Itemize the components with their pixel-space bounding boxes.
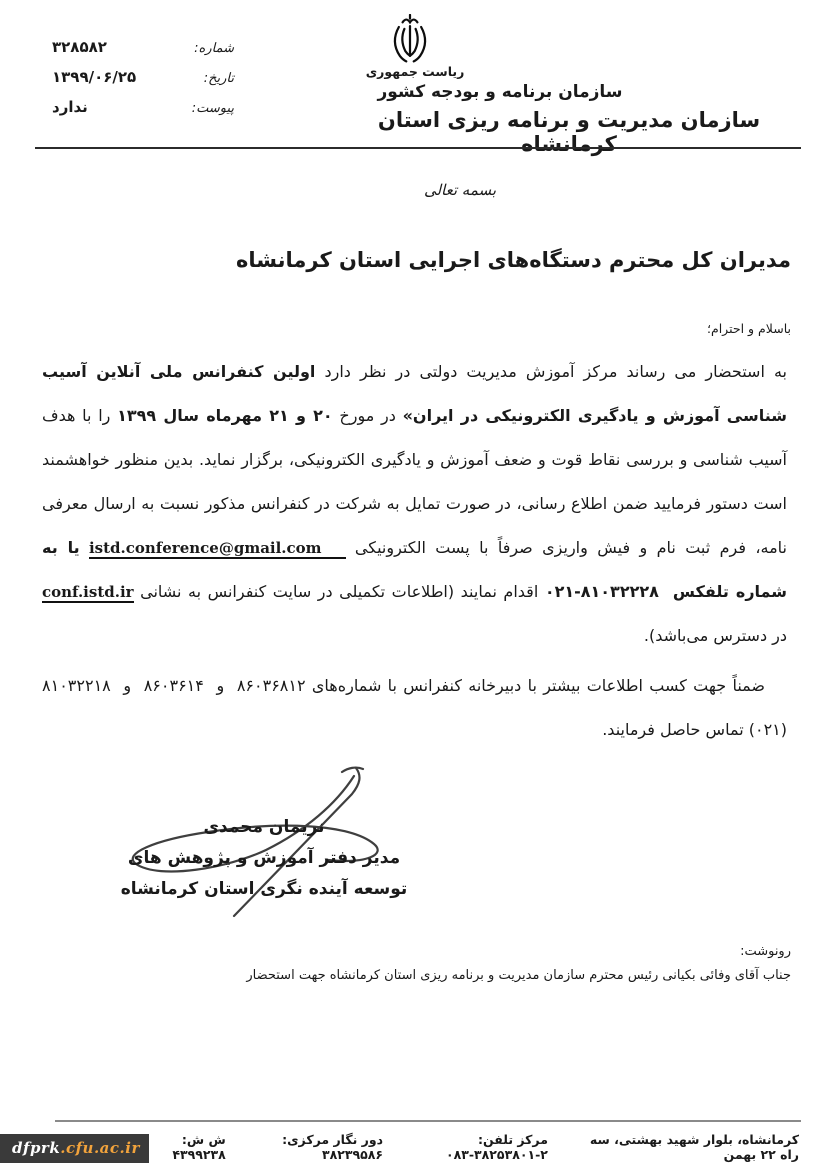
attachment-label: پیوست: xyxy=(192,101,234,116)
conference-site-link[interactable]: conf.istd.ir xyxy=(42,583,134,603)
letter-page: شماره: ۳۲۸۵۸۲ تاریخ: ۱۳۹۹/۰۶/۲۵ پیوست: ن… xyxy=(0,0,827,1169)
footer-fax-label: دور نگار مرکزی: xyxy=(282,1132,383,1147)
watermark-domain: .cfu.ac.ir xyxy=(60,1139,140,1157)
iran-emblem-icon xyxy=(388,14,432,66)
org-plan-budget: سازمان برنامه و بودجه کشور xyxy=(340,82,660,102)
cc-line: جناب آقای وفائی بکیانی رئیس محترم سازمان… xyxy=(40,964,791,988)
signer-name: نریمان محمدی xyxy=(88,812,440,843)
org-presidency: ریاست جمهوری xyxy=(355,64,475,79)
attachment-value: ندارد xyxy=(52,98,88,116)
salutation-line: باسلام و احترام؛ xyxy=(707,321,791,336)
date-label: تاریخ: xyxy=(204,71,234,86)
p1-text-4 xyxy=(80,538,89,557)
footer-divider xyxy=(55,1120,801,1122)
paragraph-2: ضمناً جهت کسب اطلاعات بیشتر با دبیرخانه … xyxy=(42,664,787,752)
signature-block: نریمان محمدی مدیر دفتر آموزش و پژوهش های… xyxy=(88,812,440,905)
besmellah: بسمه تعالی xyxy=(400,181,520,199)
signer-title-line2: توسعه آینده نگری استان کرمانشاه xyxy=(88,874,440,905)
watermark-prefix: dfprk xyxy=(12,1139,60,1157)
conference-dates: ۲۰ و ۲۱ مهرماه سال ۱۳۹۹ xyxy=(117,406,333,425)
header-divider xyxy=(35,147,801,149)
meta-row-date: تاریخ: ۱۳۹۹/۰۶/۲۵ xyxy=(38,68,234,86)
footer-phone-label: مرکز تلفن: xyxy=(478,1132,548,1147)
footer-serial-label: ش ش: xyxy=(182,1132,226,1147)
footer-phone-value: ۲-۳۸۲۵۳۸۰۱-۰۸۳ xyxy=(446,1147,548,1162)
meta-row-number: شماره: ۳۲۸۵۸۲ xyxy=(38,38,234,56)
p1-text-3: را با هدف آسیب شناسی و بررسی نقاط قوت و … xyxy=(42,406,787,557)
footer-fax-value: ۳۸۲۳۹۵۸۶ xyxy=(322,1147,383,1162)
p1-text-2: در مورخ xyxy=(333,406,403,425)
number-value: ۳۲۸۵۸۲ xyxy=(52,38,107,56)
conference-email-link[interactable]: istd.conference@gmail.com xyxy=(89,539,346,559)
paragraph-1: به استحضار می رساند مرکز آموزش مدیریت دو… xyxy=(42,350,787,658)
letter-meta: شماره: ۳۲۸۵۸۲ تاریخ: ۱۳۹۹/۰۶/۲۵ پیوست: ن… xyxy=(38,38,234,128)
p1-text-1: به استحضار می رساند مرکز آموزش مدیریت دو… xyxy=(315,362,787,381)
cc-section: رونوشت: جناب آقای وفائی بکیانی رئیس محتر… xyxy=(40,940,791,988)
meta-row-attachment: پیوست: ندارد xyxy=(38,98,234,116)
date-value: ۱۳۹۹/۰۶/۲۵ xyxy=(52,68,136,86)
footer-address: کرمانشاه، بلوار شهید بهشتی، سه راه ۲۲ به… xyxy=(578,1132,799,1162)
letter-body: به استحضار می رساند مرکز آموزش مدیریت دو… xyxy=(42,350,787,752)
footer-serial-value: ۴۳۹۹۲۳۸ xyxy=(172,1147,225,1162)
footer-serial: ش ش: ۴۳۹۹۲۳۸ xyxy=(148,1132,226,1162)
p1-text-6: در دسترس می‌باشد). xyxy=(644,626,787,645)
footer-phone: مرکز تلفن: ۲-۳۸۲۵۳۸۰۱-۰۸۳ xyxy=(413,1132,548,1162)
number-label: شماره: xyxy=(194,41,234,56)
recipient-line: مدیران کل محترم دستگاه‌های اجرایی استان … xyxy=(236,248,791,272)
site-watermark-link[interactable]: dfprk.cfu.ac.ir xyxy=(0,1134,149,1163)
signer-title-line1: مدیر دفتر آموزش و پژوهش های xyxy=(88,843,440,874)
cc-label: رونوشت: xyxy=(40,940,791,964)
footer-fax: دور نگار مرکزی: ۳۸۲۳۹۵۸۶ xyxy=(256,1132,383,1162)
p1-text-5: اقدام نمایند (اطلاعات تکمیلی در سایت کنف… xyxy=(134,582,545,601)
